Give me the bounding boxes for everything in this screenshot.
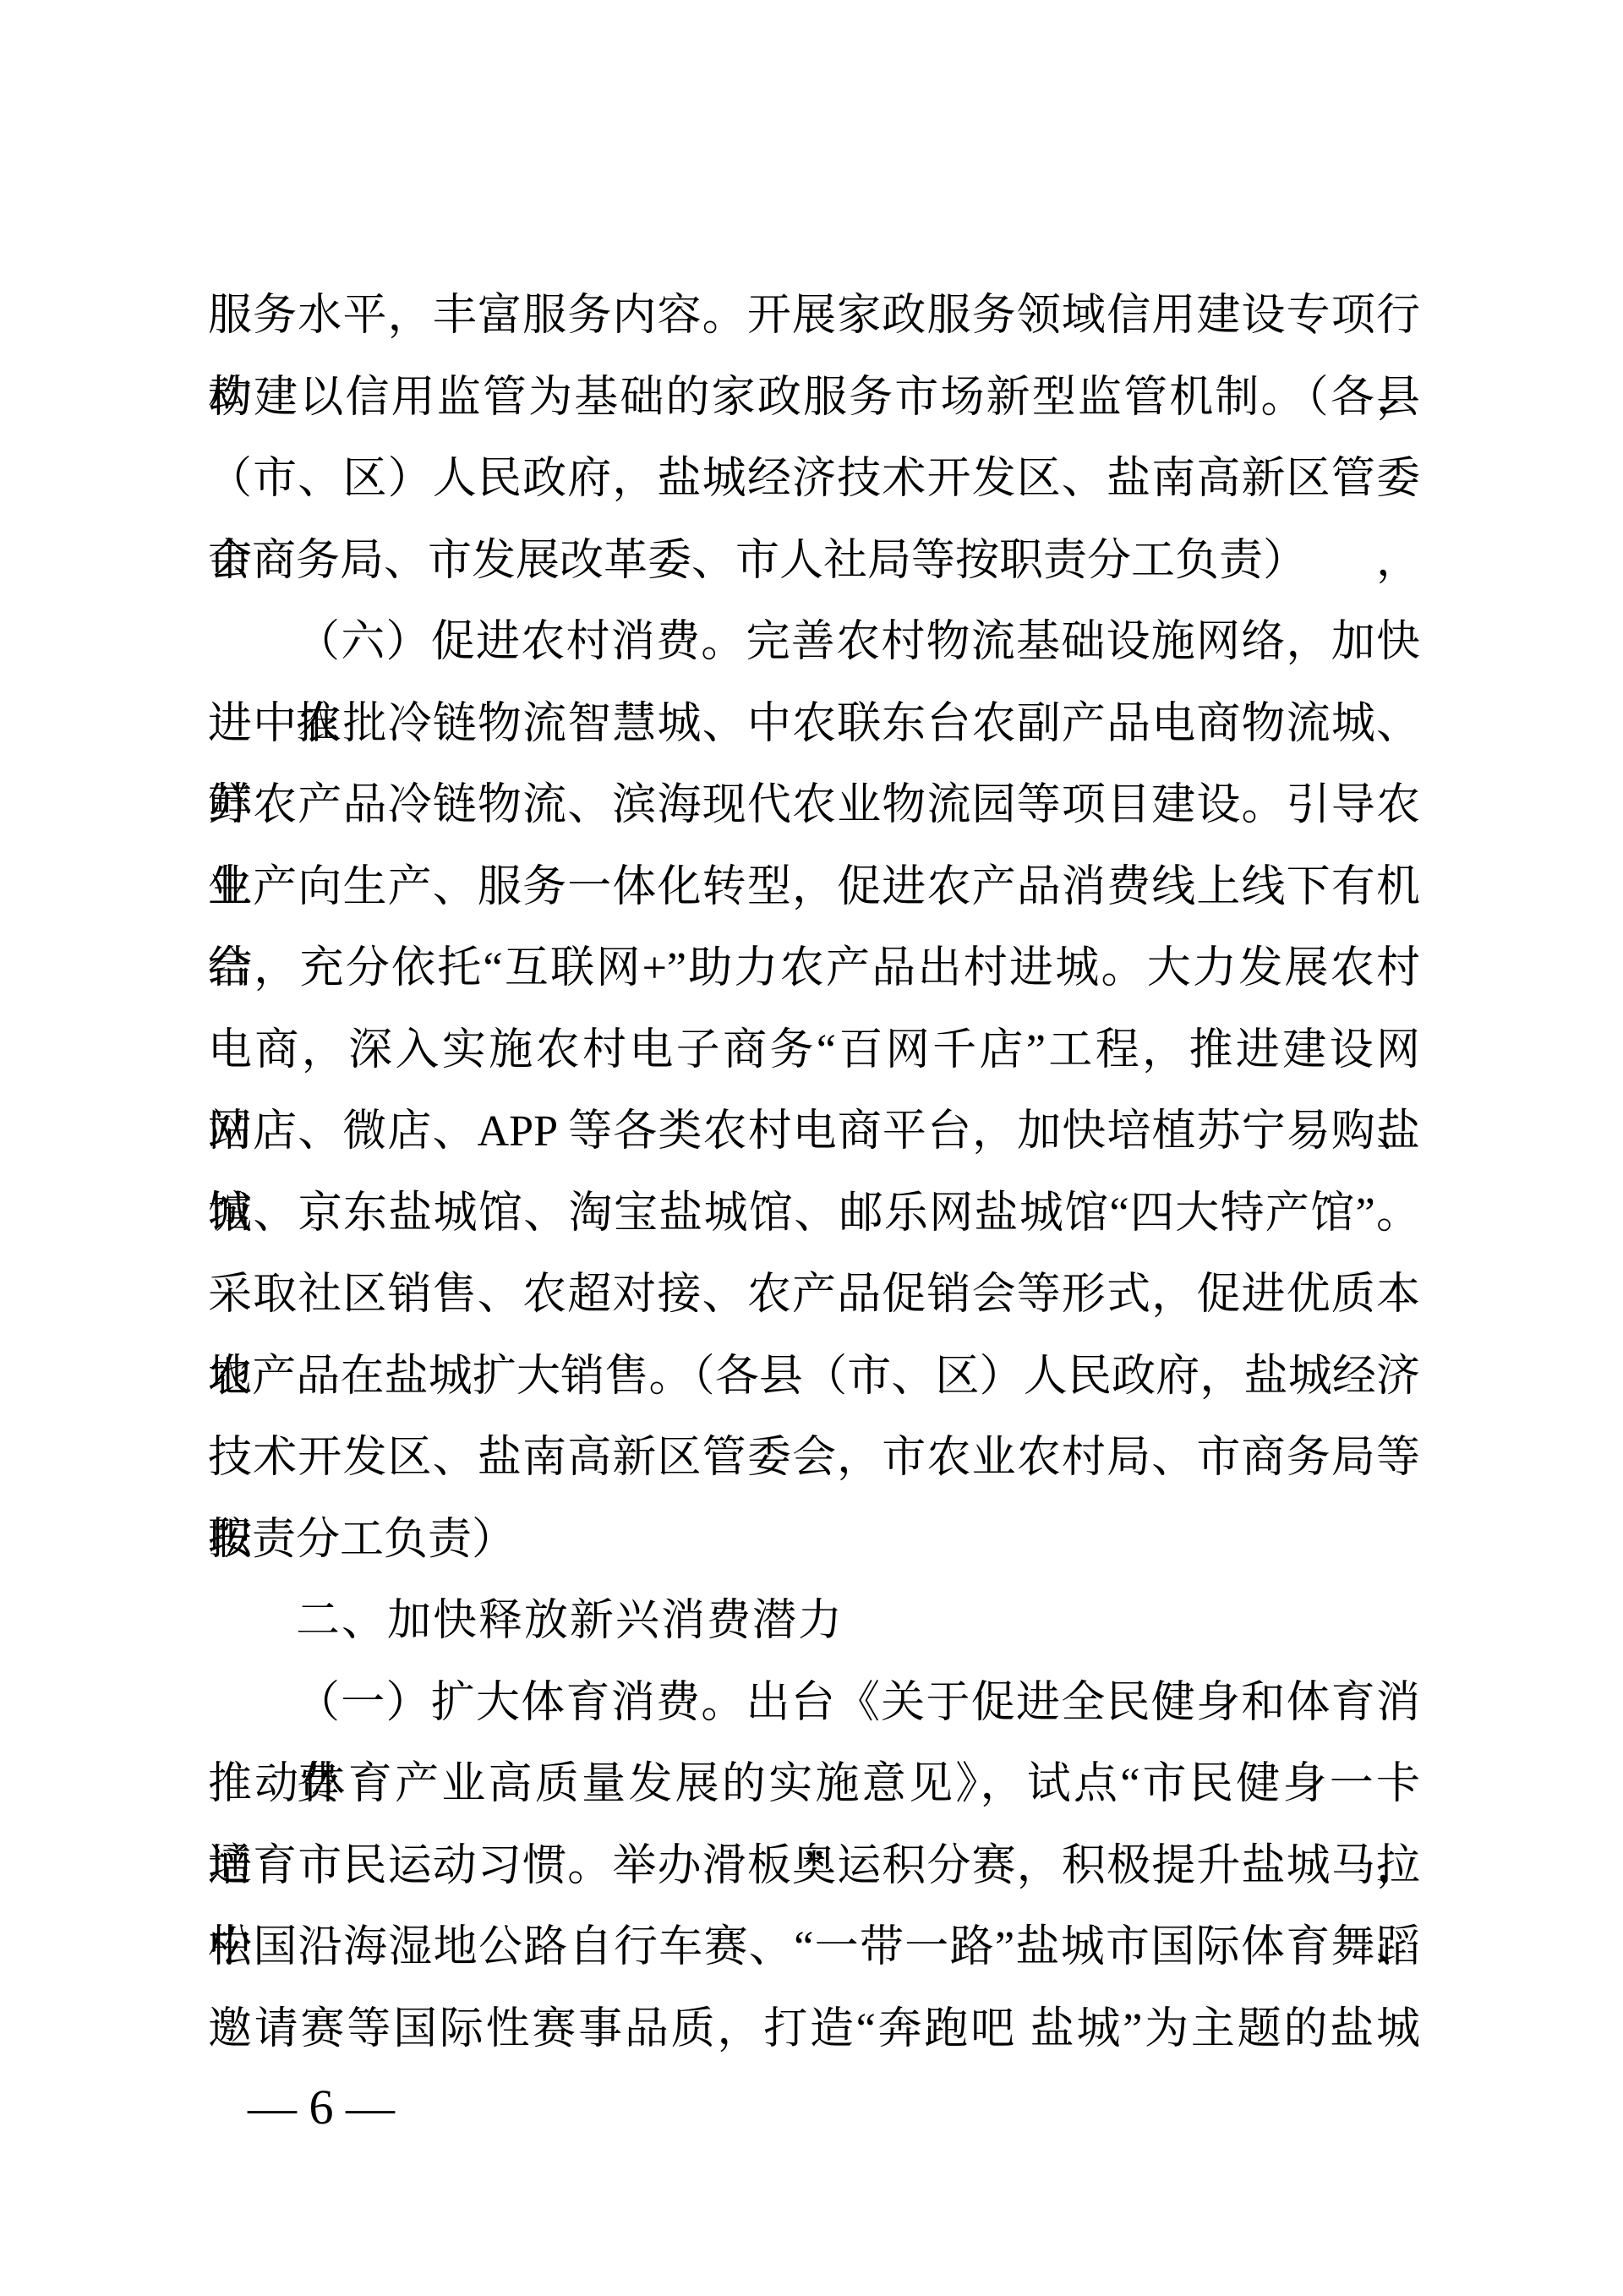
text-line: 采取社区销售、农超对接、农产品促销会等形式，促进优质本地: [208, 1255, 1420, 1337]
text-line: 网店、微店、APP 等各类农村电商平台，加快培植苏宁易购盐城: [208, 1091, 1420, 1173]
document-page: 服务水平，丰富服务内容。开展家政服务领域信用建设专项行动， 构建以信用监管为基础…: [0, 0, 1623, 2296]
page-number: — 6 —: [248, 2081, 395, 2134]
text-line: 构建以信用监管为基础的家政服务市场新型监管机制。（各县: [208, 358, 1420, 440]
text-line: 邀请赛等国际性赛事品质，打造“奔跑吧 盐城”为主题的盐城: [208, 1989, 1420, 2071]
text-line: 农产品在盐城扩大销售。（各县（市、区）人民政府，盐城经济: [208, 1337, 1420, 1419]
text-line: 鲜农产品冷链物流、滨海现代农业物流园等项目建设。引导农业: [208, 765, 1420, 847]
text-line: 生产向生产、服务一体化转型，促进农产品消费线上线下有机结: [208, 847, 1420, 929]
text-line: 技术开发区、盐南高新区管委会，市农业农村局、市商务局等按: [208, 1418, 1420, 1500]
text-line: 服务水平，丰富服务内容。开展家政服务领域信用建设专项行动，: [208, 276, 1420, 358]
paragraph-start-line: （一）扩大体育消费。出台《关于促进全民健身和体育消费: [208, 1663, 1420, 1745]
text-line: 合，充分依托“互联网+”助力农产品出村进城。大力发展农村: [208, 928, 1420, 1010]
paragraph-start-line: （六）促进农村消费。完善农村物流基础设施网络，加快推: [208, 602, 1420, 684]
text-line: 馆、京东盐城馆、淘宝盐城馆、邮乐网盐城馆“四大特产馆”。: [208, 1173, 1420, 1255]
text-line: 电商，深入实施农村电子商务“百网千店”工程，推进建设网站、: [208, 1010, 1420, 1092]
text-line: 市商务局、市发展改革委、市人社局等按职责分工负责）: [208, 521, 1420, 603]
text-line: （市、区）人民政府，盐城经济技术开发区、盐南高新区管委会，: [208, 439, 1420, 521]
text-line: 职责分工负责）: [208, 1500, 1420, 1582]
text-line: 进中农批冷链物流智慧城、中农联东台农副产品电商物流城、苏: [208, 684, 1420, 766]
document-body: 服务水平，丰富服务内容。开展家政服务领域信用建设专项行动， 构建以信用监管为基础…: [208, 276, 1420, 2070]
text-line: 培育市民运动习惯。举办滑板奥运积分赛，积极提升盐城马拉松、: [208, 1826, 1420, 1908]
section-heading: 二、加快释放新兴消费潜力: [208, 1581, 1420, 1663]
text-line: 推动体育产业高质量发展的实施意见》，试点“市民健身一卡通”，: [208, 1744, 1420, 1826]
text-line: 中国沿海湿地公路自行车赛、“一带一路”盐城市国际体育舞蹈: [208, 1907, 1420, 1989]
